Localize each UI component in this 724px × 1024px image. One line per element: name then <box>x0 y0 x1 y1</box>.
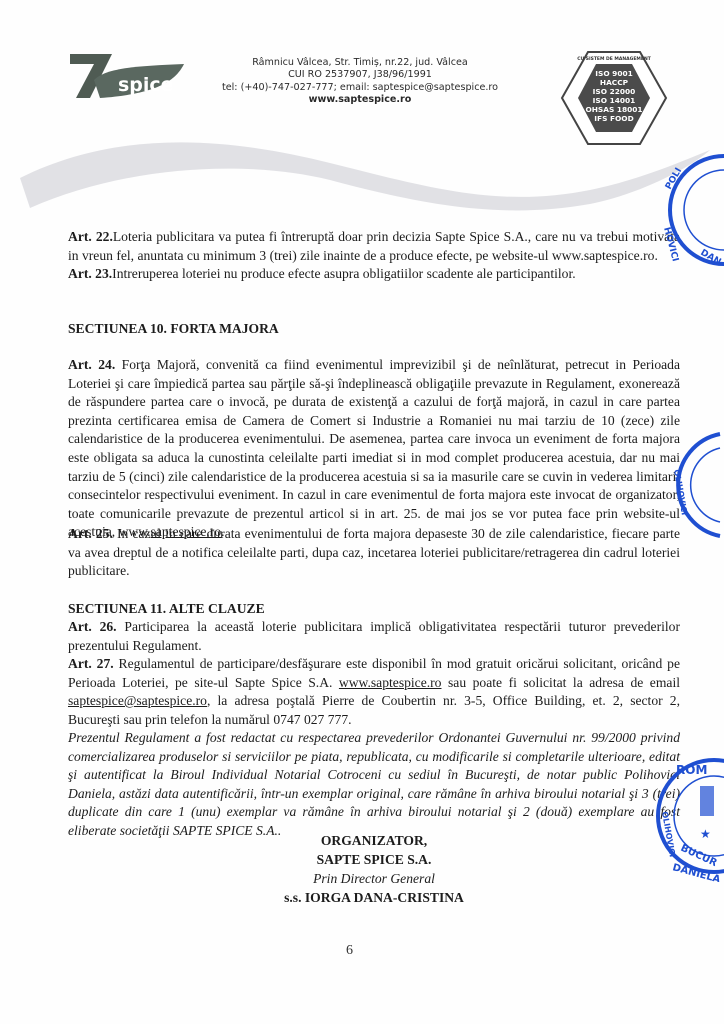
article-22: Art. 22.Loteria publicitara va putea fi … <box>68 228 680 265</box>
signature-block: ORGANIZATOR, SAPTE SPICE S.A. Prin Direc… <box>68 831 680 907</box>
svg-text:HACCP: HACCP <box>600 78 629 87</box>
signature-company: SAPTE SPICE S.A. <box>68 850 680 869</box>
svg-text:IFS FOOD: IFS FOOD <box>594 114 633 123</box>
svg-text:OLIHOVICI: OLIHOVICI <box>672 469 689 516</box>
svg-text:ISO 14001: ISO 14001 <box>593 96 636 105</box>
company-info: Râmnicu Vâlcea, Str. Timiș, nr.22, jud. … <box>210 57 510 107</box>
svg-text:ISO 22000: ISO 22000 <box>593 87 636 96</box>
article-24: Art. 24. Forţa Majoră, convenită ca fiin… <box>68 356 680 542</box>
signature-role: ORGANIZATOR, <box>68 831 680 850</box>
document-page: spice Râmnicu Vâlcea, Str. Timiș, nr.22,… <box>0 0 724 1024</box>
svg-text:DAN: DAN <box>699 248 723 268</box>
notary-stamp-icon: POLI HOVICI DAN <box>640 150 724 270</box>
article-27: Art. 27. Regulamentul de participare/des… <box>68 655 680 729</box>
notarial-note: Prezentul Regulament a fost redactat cu … <box>68 729 680 841</box>
company-registration: CUI RO 2537907, J38/96/1991 <box>210 69 510 81</box>
saptespice-logo: spice <box>66 50 186 102</box>
section-11-heading: SECTIUNEA 11. ALTE CLAUZE <box>68 600 265 619</box>
article-25: Art. 25. In cazul in care durata evenime… <box>68 525 680 581</box>
company-address: Râmnicu Vâlcea, Str. Timiș, nr.22, jud. … <box>210 57 510 69</box>
svg-text:ROM: ROM <box>676 763 707 777</box>
signature-name: s.s. IORGA DANA-CRISTINA <box>68 888 680 907</box>
article-26: Art. 26. Participarea la această loterie… <box>68 618 680 655</box>
email-link[interactable]: saptespice@saptespice.ro <box>68 693 207 708</box>
company-website: www.saptespice.ro <box>210 94 510 106</box>
company-contact: tel: (+40)-747-027-777; email: saptespic… <box>210 82 510 94</box>
signature-title: Prin Director General <box>68 869 680 888</box>
notary-stamp-icon: ROM OLIHOVICI BUCUR DANIELA ★ <box>614 752 724 882</box>
notary-stamp-icon: OLIHOVICI <box>660 430 724 540</box>
svg-text:HOVICI: HOVICI <box>661 226 680 263</box>
svg-text:★: ★ <box>700 827 711 841</box>
website-link[interactable]: www.saptespice.ro <box>339 675 442 690</box>
article-23: Art. 23.Intreruperea loteriei nu produce… <box>68 265 680 284</box>
svg-text:ISO 9001: ISO 9001 <box>595 69 633 78</box>
svg-text:OHSAS 18001: OHSAS 18001 <box>585 105 642 114</box>
decorative-wave <box>0 128 724 218</box>
section-10-heading: SECTIUNEA 10. FORTA MAJORA <box>68 320 279 339</box>
page-number: 6 <box>346 943 353 959</box>
svg-text:spice: spice <box>118 74 174 96</box>
svg-text:CU SISTEM DE MANAGEMENT: CU SISTEM DE MANAGEMENT <box>577 56 652 62</box>
